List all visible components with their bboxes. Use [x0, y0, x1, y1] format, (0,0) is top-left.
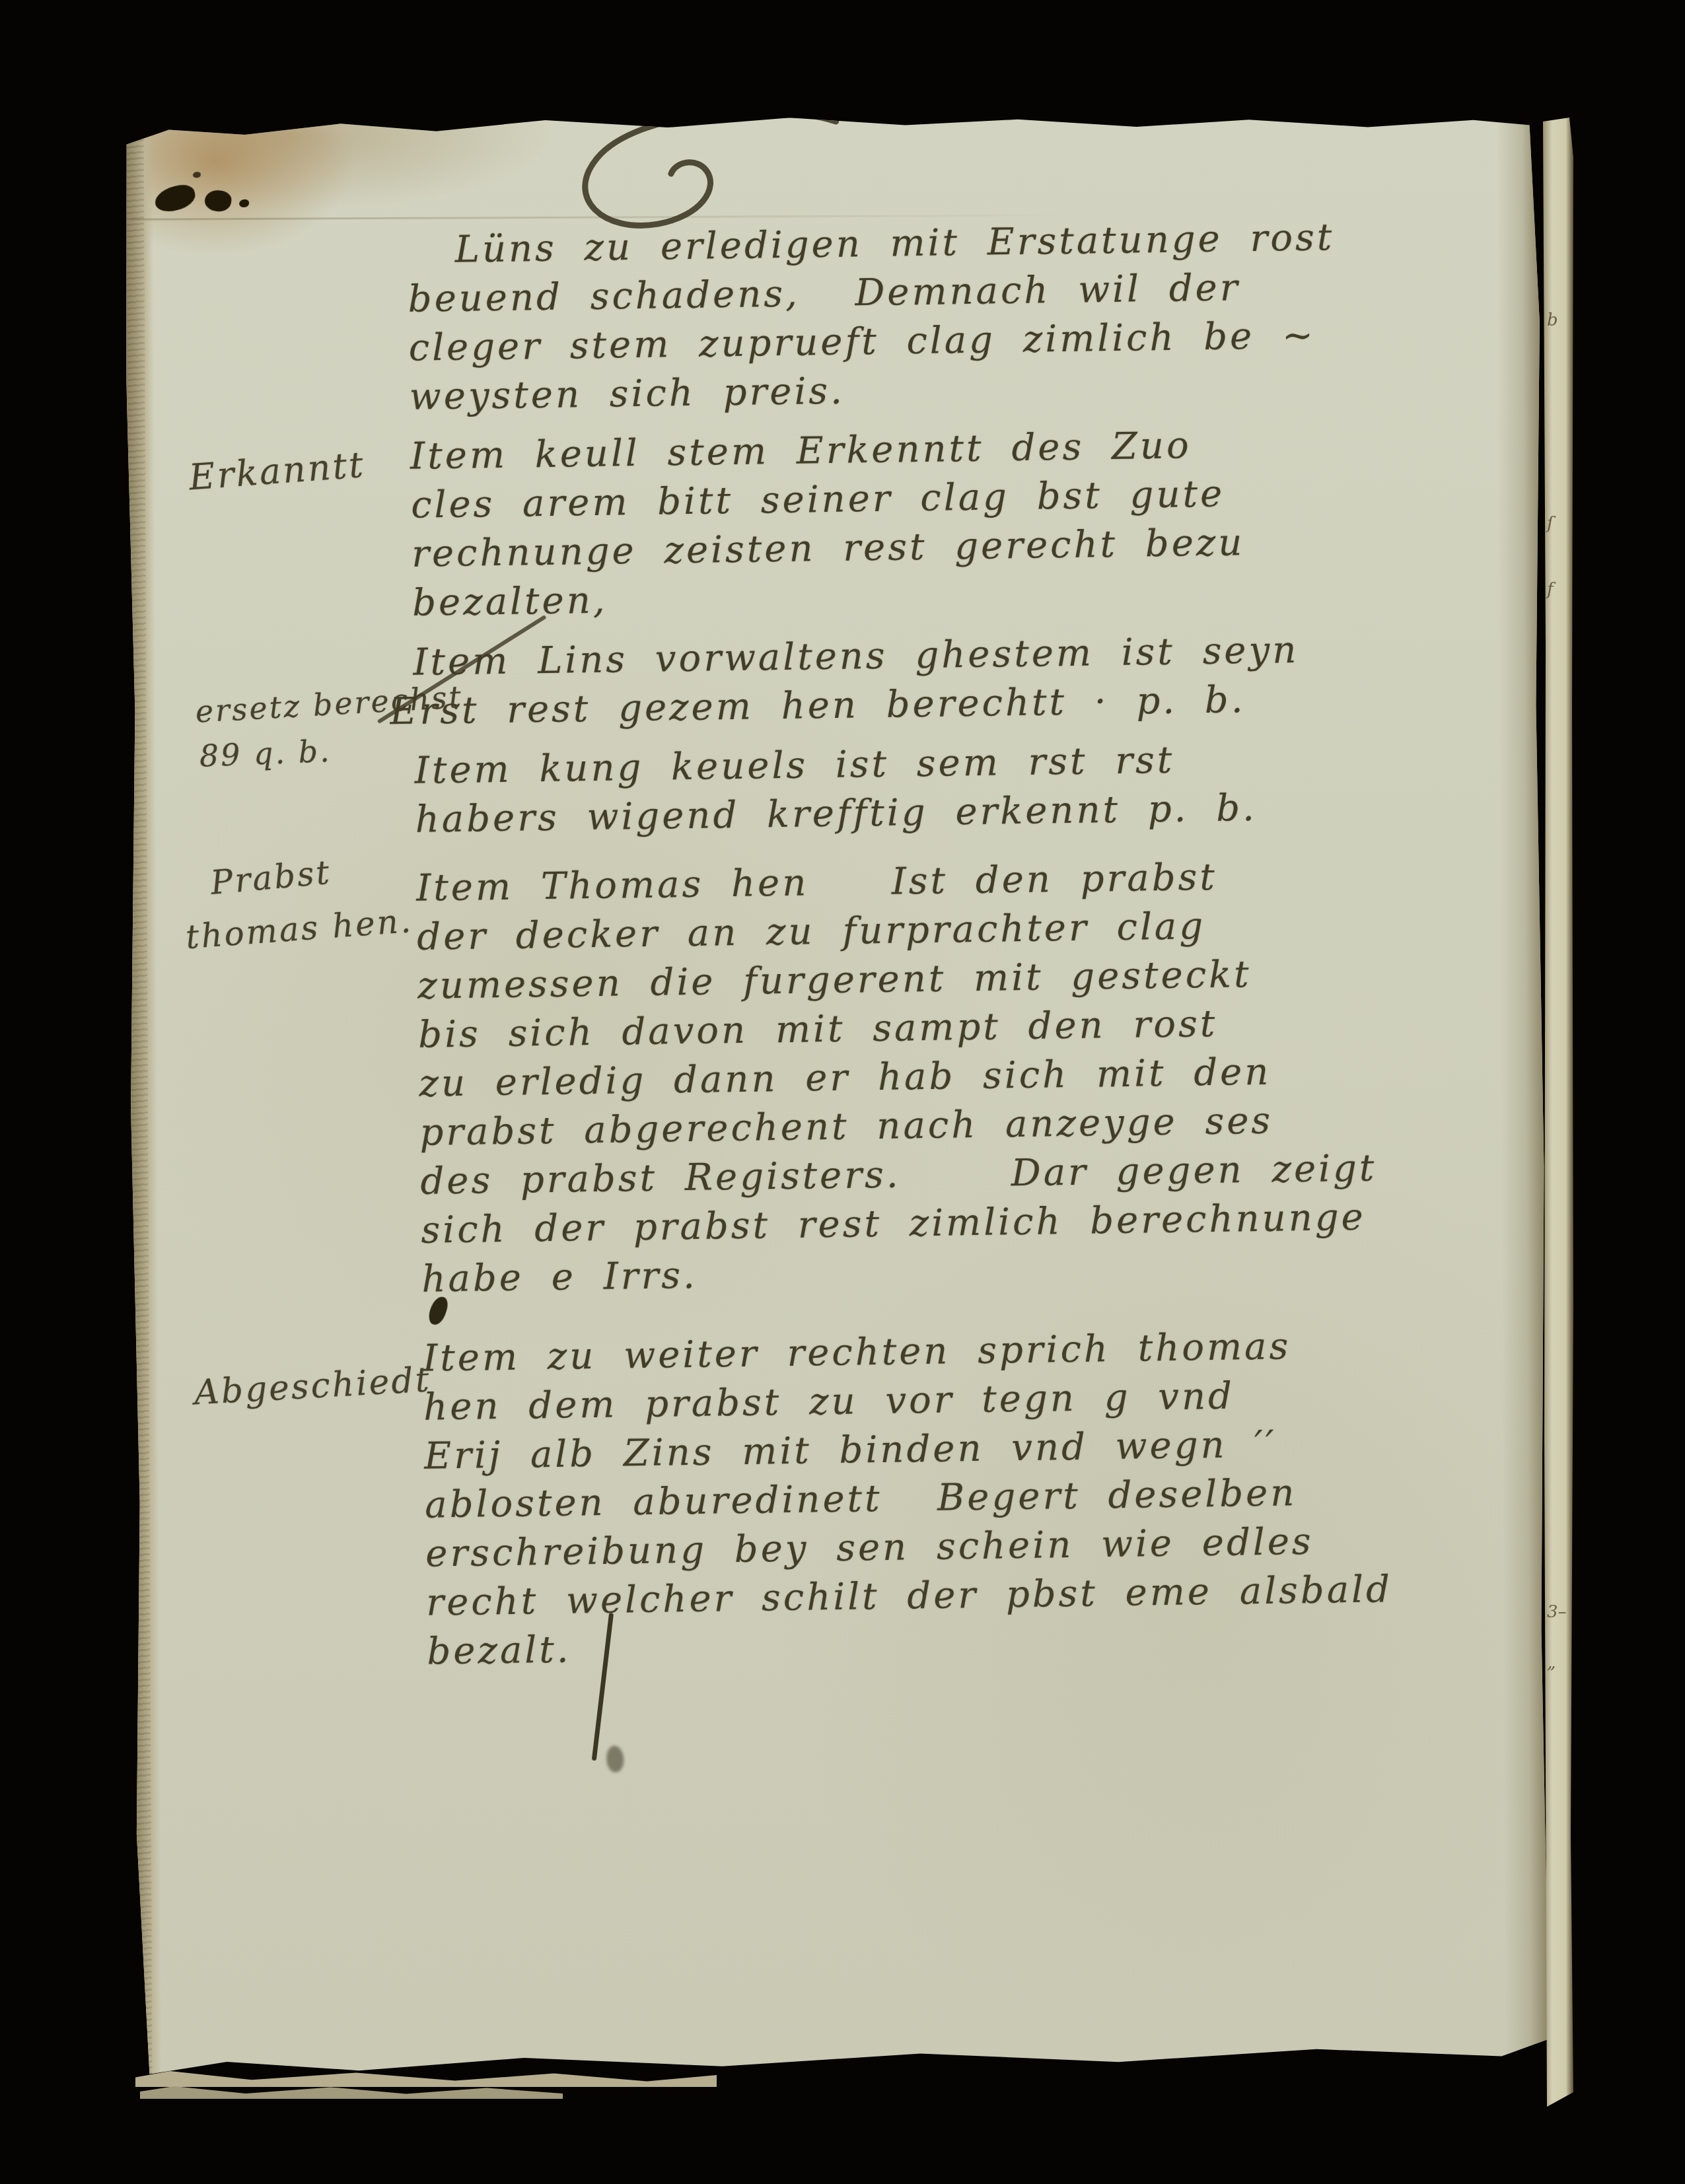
stray-ink-mark: „	[1547, 1653, 1556, 1673]
stray-ink-mark: f	[1547, 580, 1554, 600]
ink-smudge	[606, 1745, 624, 1772]
ink-blot	[203, 188, 233, 213]
margin-note-abschied: Abgeschiedt	[193, 1360, 432, 1413]
paragraph: Item kung keuels ist sem rst rsthabers w…	[414, 730, 1578, 845]
handwritten-text-block: Lüns zu erledigen mit Erstatunge rostbeu…	[407, 210, 1589, 1676]
paragraph: Item Thomas hen Ist den prabstder decker…	[416, 848, 1585, 1304]
under-page-edge	[135, 2071, 717, 2087]
paragraph: Item zu weiter rechten sprich thomashen …	[423, 1318, 1590, 1677]
ink-blot	[239, 199, 249, 207]
stray-ink-mark: 3–	[1547, 1602, 1567, 1622]
paragraph: Lüns zu erledigen mit Erstatunge rostbeu…	[407, 210, 1572, 422]
margin-note-erkannt: Erkanntt	[188, 444, 367, 499]
manuscript-photo: Lüns zu erledigen mit Erstatunge rostbeu…	[0, 0, 1685, 2184]
next-leaf-edge: b ſ f 3– „	[1543, 118, 1573, 2107]
ink-blot	[193, 172, 201, 178]
manuscript-page: Lüns zu erledigen mit Erstatunge rostbeu…	[123, 110, 1552, 2081]
stray-ink-mark: ſ	[1547, 514, 1554, 534]
under-page-edge	[140, 2086, 563, 2099]
stray-ink-mark: b	[1547, 310, 1558, 330]
margin-note-prabst-line1: Prabst	[209, 853, 333, 902]
paragraph: Item Lins vorwaltens ghestem ist seynErs…	[413, 622, 1577, 736]
margin-note-ersetz-line2: 89 q. b.	[199, 733, 332, 774]
ink-blot	[153, 182, 198, 215]
margin-note-prabst-line2: thomas hen.	[184, 901, 413, 956]
paragraph: Item keull stem Erkenntt des Zuocles are…	[410, 416, 1575, 628]
